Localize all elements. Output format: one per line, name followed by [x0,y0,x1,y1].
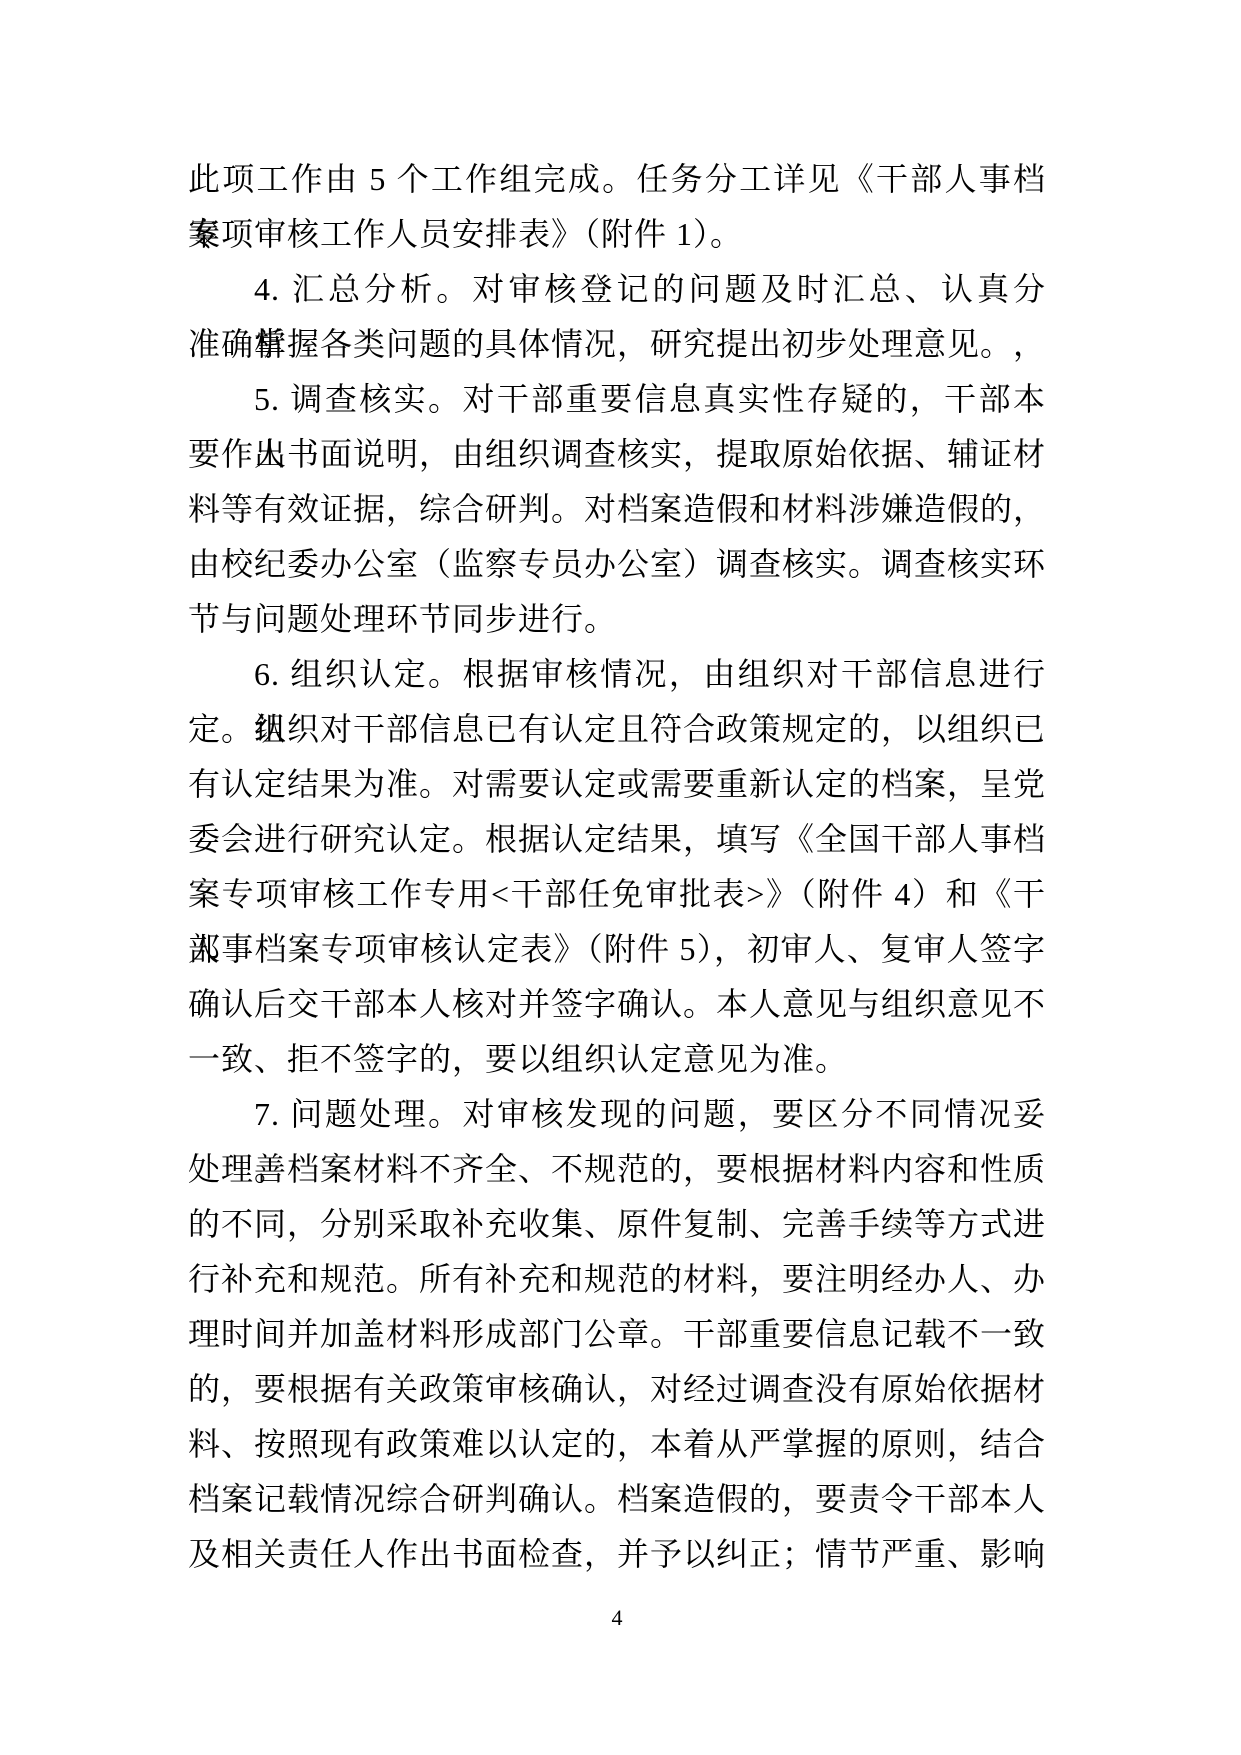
text-line: 料、按照现有政策难以认定的，本着从严掌握的原则，结合 [188,1417,1046,1472]
document-body: 此项工作由 5 个工作组完成。任务分工详见《干部人事档案专项审核工作人员安排表》… [188,152,1046,1582]
text-line: 此项工作由 5 个工作组完成。任务分工详见《干部人事档案 [188,152,1046,207]
text-line: 及相关责任人作出书面检查，并予以纠正；情节严重、影响 [188,1527,1046,1582]
text-line: 的不同，分别采取补充收集、原件复制、完善手续等方式进 [188,1197,1046,1252]
text-line: 处理。档案材料不齐全、不规范的，要根据材料内容和性质 [188,1142,1046,1197]
text-line: 人事档案专项审核认定表》（附件 5），初审人、复审人签字 [188,922,1046,977]
text-line: 案专项审核工作专用<干部任免审批表>》（附件 4）和《干部 [188,867,1046,922]
text-line: 5. 调查核实。对干部重要信息真实性存疑的，干部本人 [188,372,1046,427]
text-line: 理时间并加盖材料形成部门公章。干部重要信息记载不一致 [188,1307,1046,1362]
page-number: 4 [188,1603,1046,1633]
text-line: 定。组织对干部信息已有认定且符合政策规定的，以组织已 [188,702,1046,757]
text-line: 4. 汇总分析。对审核登记的问题及时汇总、认真分析， [188,262,1046,317]
text-line: 7. 问题处理。对审核发现的问题，要区分不同情况妥善 [188,1087,1046,1142]
text-line: 料等有效证据，综合研判。对档案造假和材料涉嫌造假的， [188,482,1046,537]
text-line: 有认定结果为准。对需要认定或需要重新认定的档案，呈党 [188,757,1046,812]
text-line: 6. 组织认定。根据审核情况，由组织对干部信息进行认 [188,647,1046,702]
text-line: 专项审核工作人员安排表》（附件 1）。 [188,207,1046,262]
text-line: 一致、拒不签字的，要以组织认定意见为准。 [188,1032,1046,1087]
text-line: 行补充和规范。所有补充和规范的材料，要注明经办人、办 [188,1252,1046,1307]
text-line: 委会进行研究认定。根据认定结果，填写《全国干部人事档 [188,812,1046,867]
text-line: 确认后交干部本人核对并签字确认。本人意见与组织意见不 [188,977,1046,1032]
text-line: 的，要根据有关政策审核确认，对经过调查没有原始依据材 [188,1362,1046,1417]
text-line: 档案记载情况综合研判确认。档案造假的，要责令干部本人 [188,1472,1046,1527]
text-line: 节与问题处理环节同步进行。 [188,592,1046,647]
text-line: 由校纪委办公室（监察专员办公室）调查核实。调查核实环 [188,537,1046,592]
document-page: 此项工作由 5 个工作组完成。任务分工详见《干部人事档案专项审核工作人员安排表》… [0,0,1241,1755]
text-line: 准确掌握各类问题的具体情况，研究提出初步处理意见。 [188,317,1046,372]
text-line: 要作出书面说明，由组织调查核实，提取原始依据、辅证材 [188,427,1046,482]
